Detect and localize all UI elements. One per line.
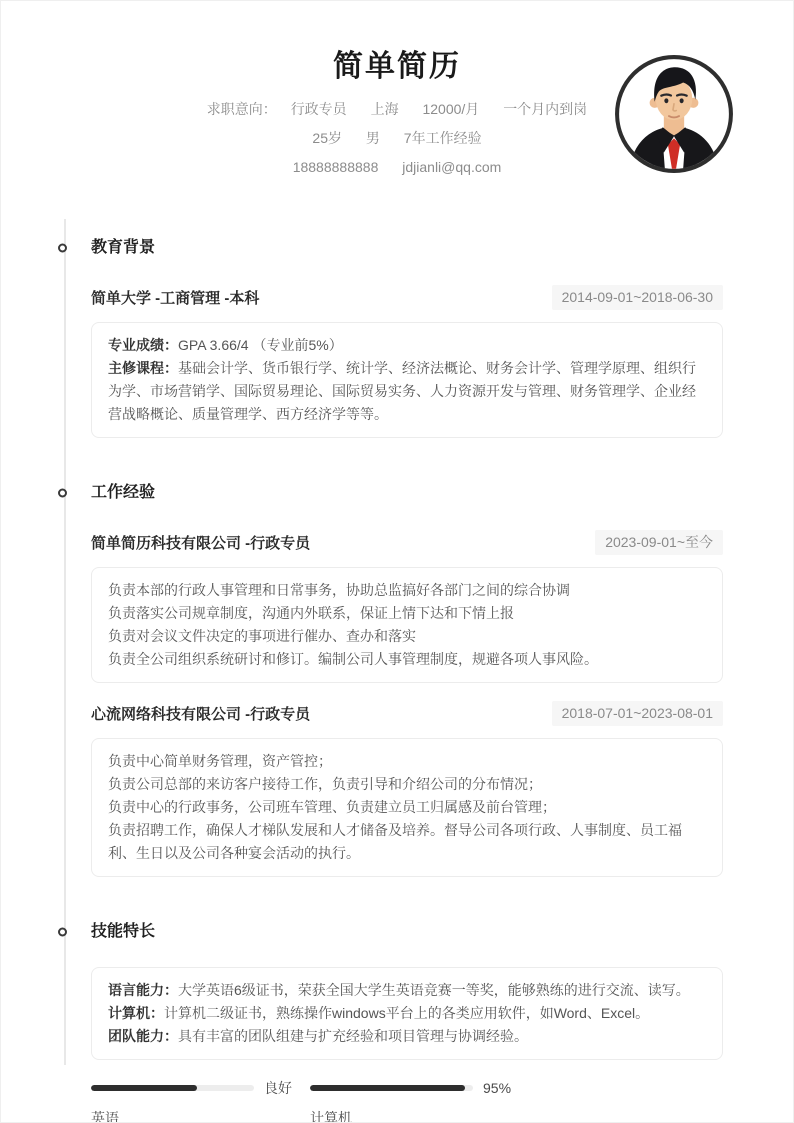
work-section-head: 工作经验 — [91, 482, 723, 504]
timeline-dot-icon — [58, 928, 67, 937]
profile-gender: 男 — [366, 130, 380, 146]
skills-section-head: 技能特长 — [91, 921, 723, 943]
resume-page: 简单简历 求职意向： 行政专员 上海 12000/月 一个月内到岗 25岁 男 … — [0, 0, 794, 1123]
resume-header: 简单简历 求职意向： 行政专员 上海 12000/月 一个月内到岗 25岁 男 … — [1, 1, 793, 177]
job1-duty-line: 负责全公司组织系统研讨和修订。编制公司人事管理制度，规避各项人事风险。 — [108, 648, 706, 671]
job2-entry-title: 心流网络科技有限公司 -行政专员 — [91, 703, 310, 724]
job1-duty-line: 负责落实公司规章制度，沟通内外联系，保证上情下达和下情上报 — [108, 602, 706, 625]
skill-computer-line: 计算机：计算机二级证书，熟练操作windows平台上的各类应用软件，如Word、… — [108, 1002, 706, 1025]
timeline-dot-icon — [58, 489, 67, 498]
language-label: 语言能力： — [108, 982, 178, 998]
computer-label: 计算机： — [108, 1005, 164, 1021]
work-section-title: 工作经验 — [91, 482, 155, 504]
job2-duty-line: 负责中心的行政事务，公司班车管理、负责建立员工归属感及前台管理； — [108, 796, 706, 819]
language-text: 大学英语6级证书，荣获全国大学生英语竞赛一等奖，能够熟练的进行交流、读写。 — [178, 982, 690, 998]
job1-entry-head: 简单简历科技有限公司 -行政专员 2023-09-01~至今 — [91, 530, 723, 555]
english-bar-row: 良好 — [91, 1078, 292, 1098]
skills-section-title: 技能特长 — [91, 921, 155, 943]
profile-experience: 7年工作经验 — [404, 130, 482, 146]
skill-team-line: 团队能力：具有丰富的团队组建与扩充经验和项目管理与协调经验。 — [108, 1025, 706, 1048]
section-education: 教育背景 简单大学 -工商管理 -本科 2014-09-01~2018-06-3… — [91, 237, 723, 438]
computer-bar-fill — [310, 1085, 465, 1091]
resume-content: 教育背景 简单大学 -工商管理 -本科 2014-09-01~2018-06-3… — [91, 237, 723, 1123]
job2-date-badge: 2018-07-01~2023-08-01 — [552, 701, 723, 726]
team-label: 团队能力： — [108, 1028, 178, 1044]
job2-entry-head: 心流网络科技有限公司 -行政专员 2018-07-01~2023-08-01 — [91, 701, 723, 726]
intent-city: 上海 — [371, 101, 399, 117]
education-gpa-line: 专业成绩：GPA 3.66/4 （专业前5%） — [108, 334, 706, 357]
english-bar-fill — [91, 1085, 197, 1091]
profile-age: 25岁 — [312, 130, 342, 146]
avatar — [613, 53, 735, 175]
skill-language-line: 语言能力：大学英语6级证书，荣获全国大学生英语竞赛一等奖，能够熟练的进行交流、读… — [108, 979, 706, 1002]
computer-bar-value: 95% — [483, 1078, 511, 1098]
skill-bars: 良好 英语 95% 计算机 — [91, 1078, 723, 1123]
job2-duty-line: 负责中心简单财务管理，资产管控； — [108, 750, 706, 773]
job2-detail-box: 负责中心简单财务管理，资产管控； 负责公司总部的来访客户接待工作，负责引导和介绍… — [91, 738, 723, 877]
education-section-title: 教育背景 — [91, 237, 155, 259]
computer-bar-track — [310, 1085, 473, 1091]
job2-duty-line: 负责招聘工作，确保人才梯队发展和人才储备及培养。督导公司各项行政、人事制度、员工… — [108, 819, 706, 865]
computer-bar-row: 95% — [310, 1078, 511, 1098]
intent-availability: 一个月内到岗 — [503, 101, 587, 117]
education-date-badge: 2014-09-01~2018-06-30 — [552, 285, 723, 310]
skill-bar-english: 良好 英语 — [91, 1078, 292, 1123]
education-detail-box: 专业成绩：GPA 3.66/4 （专业前5%） 主修课程：基础会计学、货币银行学… — [91, 322, 723, 438]
contact-phone: 18888888888 — [293, 159, 379, 175]
english-bar-track — [91, 1085, 254, 1091]
team-text: 具有丰富的团队组建与扩充经验和项目管理与协调经验。 — [178, 1028, 528, 1044]
job1-detail-box: 负责本部的行政人事管理和日常事务，协助总监搞好各部门之间的综合协调 负责落实公司… — [91, 567, 723, 683]
education-entry-head: 简单大学 -工商管理 -本科 2014-09-01~2018-06-30 — [91, 285, 723, 310]
education-section-head: 教育背景 — [91, 237, 723, 259]
skills-detail-box: 语言能力：大学英语6级证书，荣获全国大学生英语竞赛一等奖，能够熟练的进行交流、读… — [91, 967, 723, 1060]
portrait-young-man-suit-red-tie-icon — [613, 53, 735, 175]
intent-label: 求职意向： — [207, 101, 277, 117]
section-skills: 技能特长 语言能力：大学英语6级证书，荣获全国大学生英语竞赛一等奖，能够熟练的进… — [91, 921, 723, 1123]
timeline-dot-icon — [58, 244, 67, 253]
timeline-rail — [64, 219, 66, 1065]
courses-text: 基础会计学、货币银行学、统计学、经济法概论、财务会计学、管理学原理、组织行为学、… — [108, 360, 696, 422]
courses-label: 主修课程： — [108, 360, 178, 376]
education-entry-title: 简单大学 -工商管理 -本科 — [91, 287, 259, 308]
contact-email: jdjianli@qq.com — [402, 159, 501, 175]
section-work: 工作经验 简单简历科技有限公司 -行政专员 2023-09-01~至今 负责本部… — [91, 482, 723, 877]
education-courses-line: 主修课程：基础会计学、货币银行学、统计学、经济法概论、财务会计学、管理学原理、组… — [108, 357, 706, 426]
job1-date-badge: 2023-09-01~至今 — [595, 530, 723, 555]
gpa-label: 专业成绩： — [108, 337, 178, 353]
job1-duty-line: 负责对会议文件决定的事项进行催办、查办和落实 — [108, 625, 706, 648]
gpa-text: GPA 3.66/4 （专业前5%） — [178, 337, 343, 353]
job1-duty-line: 负责本部的行政人事管理和日常事务，协助总监搞好各部门之间的综合协调 — [108, 579, 706, 602]
skill-bar-computer: 95% 计算机 — [310, 1078, 511, 1123]
job2-duty-line: 负责公司总部的来访客户接待工作，负责引导和介绍公司的分布情况； — [108, 773, 706, 796]
computer-bar-name: 计算机 — [310, 1108, 511, 1123]
computer-text: 计算机二级证书，熟练操作windows平台上的各类应用软件，如Word、Exce… — [164, 1005, 649, 1021]
job1-entry-title: 简单简历科技有限公司 -行政专员 — [91, 532, 310, 553]
intent-position: 行政专员 — [291, 101, 347, 117]
intent-salary: 12000/月 — [422, 101, 479, 117]
english-bar-value: 良好 — [264, 1078, 292, 1098]
english-bar-name: 英语 — [91, 1108, 292, 1123]
